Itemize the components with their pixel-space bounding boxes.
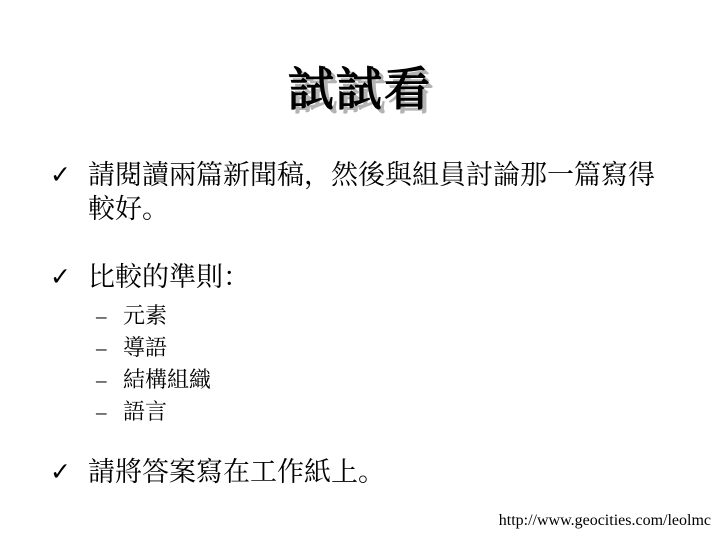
list-item-language: – 語言 — [96, 396, 211, 428]
bullet-item-write-answers: ✓ 請將答案寫在工作紙上。 — [50, 455, 385, 489]
dash-icon: – — [96, 300, 123, 332]
dash-icon: – — [96, 396, 123, 428]
list-item-elements: – 元素 — [96, 300, 211, 332]
list-item-lead: – 導語 — [96, 332, 211, 364]
bullet-item-read-articles: ✓ 請閱讀兩篇新聞稿，然後與組員討論那一篇寫得較好。 — [50, 158, 668, 226]
sub-item-text: 語言 — [123, 396, 167, 428]
dash-icon: – — [96, 364, 123, 396]
checkmark-icon: ✓ — [50, 455, 88, 489]
sub-item-text: 導語 — [123, 332, 167, 364]
criteria-sub-list: – 元素 – 導語 – 結構組織 – 語言 — [96, 300, 211, 428]
sub-item-text: 元素 — [123, 300, 167, 332]
footer-url: http://www.geocities.com/leolmc — [499, 511, 711, 531]
list-item-structure: – 結構組織 — [96, 364, 211, 396]
slide-title: 試試看 — [0, 62, 720, 116]
dash-icon: – — [96, 332, 123, 364]
bullet-text: 比較的準則： — [88, 260, 250, 294]
checkmark-icon: ✓ — [50, 158, 88, 192]
sub-item-text: 結構組織 — [123, 364, 211, 396]
checkmark-icon: ✓ — [50, 260, 88, 294]
bullet-text: 請閱讀兩篇新聞稿，然後與組員討論那一篇寫得較好。 — [88, 158, 668, 226]
bullet-text: 請將答案寫在工作紙上。 — [88, 455, 385, 489]
presentation-slide: 試試看 ✓ 請閱讀兩篇新聞稿，然後與組員討論那一篇寫得較好。 ✓ 比較的準則： … — [0, 0, 720, 540]
bullet-item-criteria: ✓ 比較的準則： — [50, 260, 250, 294]
